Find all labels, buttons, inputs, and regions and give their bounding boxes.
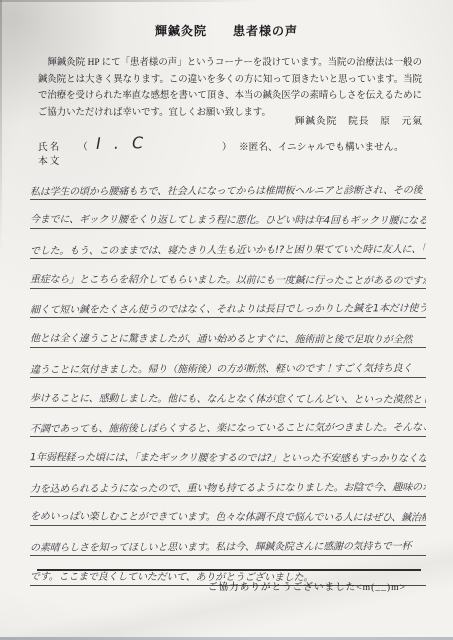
testimonial-line: 私は学生の頃から腰痛もちで、社会人になってからは椎間板ヘルニアと診断され、その後 xyxy=(30,170,426,200)
paren-open: （ xyxy=(78,139,88,153)
anonymity-note: ※匿名、イニシャルでも構いません。 xyxy=(239,139,404,153)
testimonial-line: 歩けることに、感動しました。他にも、なんとなく体が怠くてしんどい、といった漠然と… xyxy=(30,378,426,408)
name-field-row: 氏名 （ I . C ） ※匿名、イニシャルでも構いません。 xyxy=(38,136,438,158)
name-label: 氏名 xyxy=(38,139,61,153)
divider-rule xyxy=(37,569,421,571)
testimonial-line: でした。もう、このままでは、寝たきり人生も近いかも!?と困り果てていた時に友人に… xyxy=(30,229,426,259)
testimonial-line: 1年弱程経った頃には、「またギックリ腰をするのでは?」といった不安感もすっかりな… xyxy=(30,437,426,467)
handwritten-initials: I . C xyxy=(96,132,216,153)
testimonial-line: 力を込められるようになったので、重い物も持てるようになりました。お陰で今、趣味の… xyxy=(30,467,426,497)
director-signature: 輝鍼灸院 院長 原 元氣 xyxy=(295,113,423,127)
scanned-page: 輝鍼灸院 患者様の声 輝鍼灸院 HP にて「患者様の声」というコーナーを設けてい… xyxy=(0,0,453,640)
paper-sheet: 輝鍼灸院 患者様の声 輝鍼灸院 HP にて「患者様の声」というコーナーを設けてい… xyxy=(0,0,453,640)
testimonial-line: 今までに、ギックリ腰をくり返してしまう程に悪化。ひどい時は年4回もギックリ腰にな… xyxy=(30,200,426,230)
testimonial-line: をめいっぱい楽しむことができています。色々な体調不良で悩んでいる人にはぜひ、鍼治… xyxy=(30,497,426,527)
testimonial-line: 細くて短い鍼をたくさん使うのではなく、それよりは長目でしっかりした鍼を1本だけ使… xyxy=(30,289,426,319)
testimonial-line: 不調であっても、施術後しばらくすると、楽になっていることに気がつきました。そんな… xyxy=(30,408,426,438)
handwritten-testimonial: 私は学生の頃から腰痛もちで、社会人になってからは椎間板ヘルニアと診断され、その後… xyxy=(30,170,426,586)
testimonial-line: 重症なら」とこちらを紹介してもらいました。以前にも一度鍼に行ったことがあるのです… xyxy=(30,259,426,289)
paren-close: ） xyxy=(222,139,232,153)
testimonial-line: 違うことに気付きました。帰り（施術後）の方が断然、軽いのです！すごく気持ち良く xyxy=(30,348,426,378)
footer-thanks: ご協力ありがとうございました<m(__)m> xyxy=(208,579,406,593)
testimonial-line: 他とは全く違うことに驚きましたが、通い始めるとすぐに、施術前と後で足取りが全然 xyxy=(30,318,426,348)
scan-edge-left xyxy=(0,0,2,640)
body-label: 本文 xyxy=(38,153,61,167)
page-title: 輝鍼灸院 患者様の声 xyxy=(0,22,453,39)
intro-paragraph: 輝鍼灸院 HP にて「患者様の声」というコーナーを設けています。当院の治療法は一… xyxy=(38,55,422,122)
testimonial-line: の素晴らしさを知ってほしいと思います。私は今、輝鍼灸院さんに感謝の気持ちで一杯 xyxy=(30,526,426,556)
scan-edge-top xyxy=(0,0,260,2)
